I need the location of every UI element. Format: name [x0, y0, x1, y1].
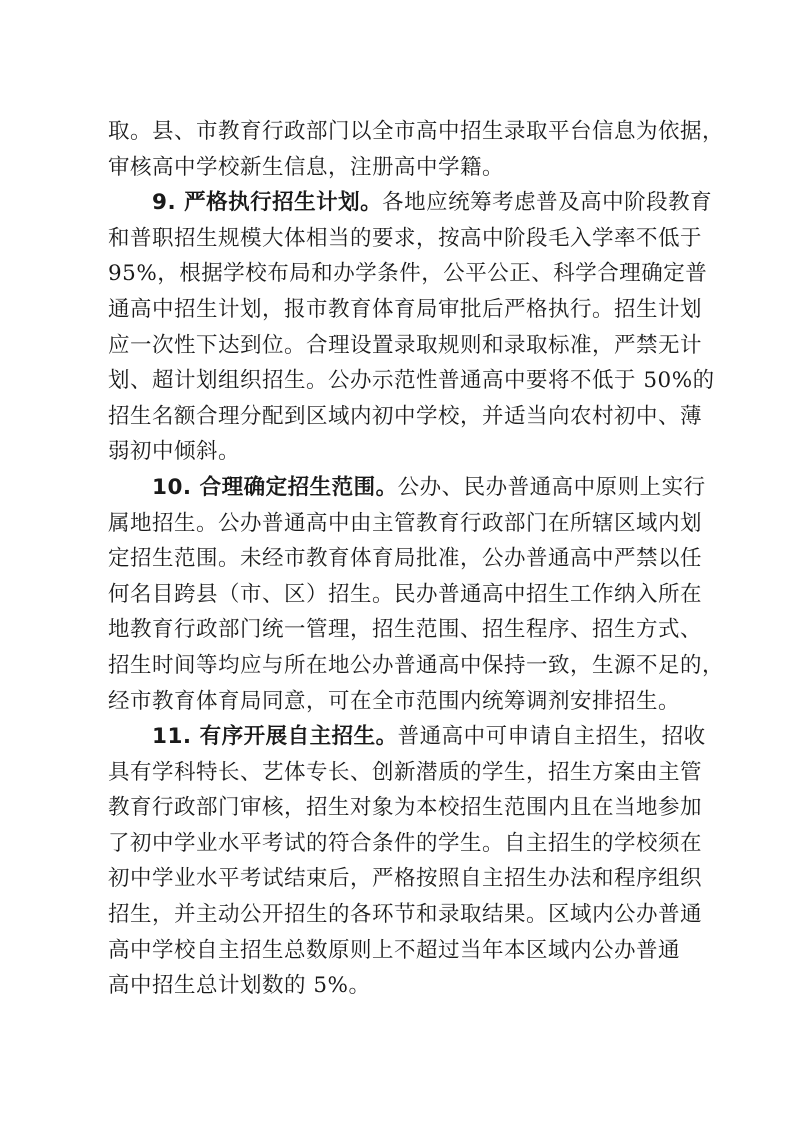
text-line: 95%，根据学校布局和办学条件，公平公正、科学合理确定普 [108, 256, 674, 292]
section-heading-10: 10. 合理确定招生范围。 [152, 475, 398, 500]
document-page: 取。县、市教育行政部门以全市高中招生录取平台信息为依据， 审核高中学校新生信息，… [108, 114, 674, 1004]
text-line: 招生名额合理分配到区域内初中学校，并适当向农村初中、薄 [108, 399, 674, 435]
text-line: 初中学业水平考试结束后，严格按照自主招生办法和程序组织 [108, 861, 674, 897]
paragraph-section-9: 9. 严格执行招生计划。各地应统筹考虑普及高中阶段教育 和普职招生规模大体相当的… [108, 185, 674, 470]
paragraph-section-10: 10. 合理确定招生范围。公办、民办普通高中原则上实行 属地招生。公办普通高中由… [108, 470, 674, 719]
text-line: 弱初中倾斜。 [108, 434, 674, 470]
text-line: 地教育行政部门统一管理，招生范围、招生程序、招生方式、 [108, 612, 674, 648]
text-line: 取。县、市教育行政部门以全市高中招生录取平台信息为依据， [108, 114, 674, 150]
section-first-line: 11. 有序开展自主招生。普通高中可申请自主招生，招收 [108, 719, 674, 755]
text-line: 高中招生总计划数的 5%。 [108, 968, 674, 1004]
section-first-line: 10. 合理确定招生范围。公办、民办普通高中原则上实行 [108, 470, 674, 506]
text-line: 经市教育体育局同意，可在全市范围内统筹调剂安排招生。 [108, 684, 674, 720]
text-line: 高中学校自主招生总数原则上不超过当年本区域内公办普通 [108, 933, 674, 969]
text-line: 应一次性下达到位。合理设置录取规则和录取标准，严禁无计 [108, 328, 674, 364]
text-line: 属地招生。公办普通高中由主管教育行政部门在所辖区域内划 [108, 506, 674, 542]
text-line: 何名目跨县（市、区）招生。民办普通高中招生工作纳入所在 [108, 577, 674, 613]
text-line: 了初中学业水平考试的符合条件的学生。自主招生的学校须在 [108, 826, 674, 862]
text-line: 普通高中可申请自主招生，招收 [398, 724, 706, 749]
paragraph-continuation: 取。县、市教育行政部门以全市高中招生录取平台信息为依据， 审核高中学校新生信息，… [108, 114, 674, 185]
text-line: 划、超计划组织招生。公办示范性普通高中要将不低于 50%的 [108, 363, 674, 399]
text-line: 各地应统筹考虑普及高中阶段教育 [382, 190, 712, 215]
text-line: 招生，并主动公开招生的各环节和录取结果。区域内公办普通 [108, 897, 674, 933]
text-line: 公办、民办普通高中原则上实行 [398, 475, 706, 500]
text-line: 具有学科特长、艺体专长、创新潜质的学生，招生方案由主管 [108, 755, 674, 791]
text-line: 和普职招生规模大体相当的要求，按高中阶段毛入学率不低于 [108, 221, 674, 257]
text-line: 定招生范围。未经市教育体育局批准，公办普通高中严禁以任 [108, 541, 674, 577]
paragraph-section-11: 11. 有序开展自主招生。普通高中可申请自主招生，招收 具有学科特长、艺体专长、… [108, 719, 674, 1004]
section-first-line: 9. 严格执行招生计划。各地应统筹考虑普及高中阶段教育 [108, 185, 674, 221]
text-line: 教育行政部门审核，招生对象为本校招生范围内且在当地参加 [108, 790, 674, 826]
section-heading-11: 11. 有序开展自主招生。 [152, 724, 398, 749]
section-heading-9: 9. 严格执行招生计划。 [152, 190, 382, 215]
text-line: 通高中招生计划，报市教育体育局审批后严格执行。招生计划 [108, 292, 674, 328]
text-line: 审核高中学校新生信息，注册高中学籍。 [108, 150, 674, 186]
text-line: 招生时间等均应与所在地公办普通高中保持一致，生源不足的， [108, 648, 674, 684]
